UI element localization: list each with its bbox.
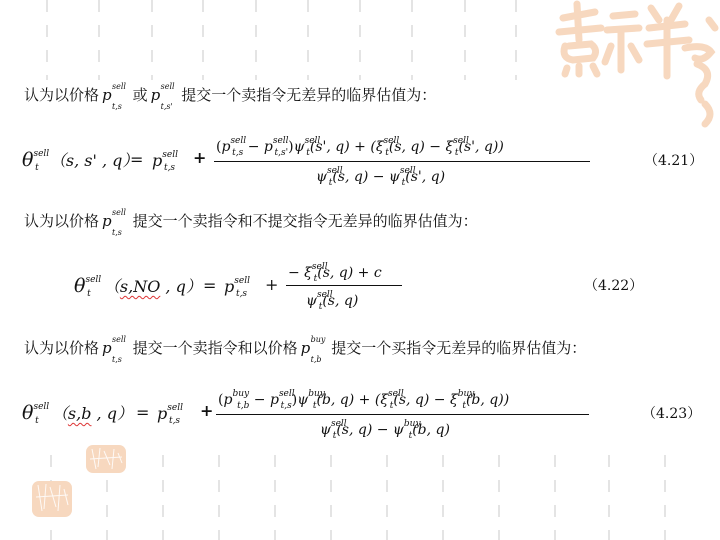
price-term: psellt,s bbox=[157, 403, 180, 426]
price-variable: psellt,s bbox=[102, 210, 130, 232]
description-line-2: 认为以价格psellt,s提交一个卖指令和不提交指令无差异的临界估值为： bbox=[24, 210, 478, 232]
var-sub: t,s bbox=[112, 222, 122, 244]
lhs-sub: t bbox=[35, 416, 39, 426]
var-sub: t,s' bbox=[161, 96, 173, 118]
equation-4-21: θsellt （s, s' , q） = psellt,s + (psellt,… bbox=[0, 128, 720, 198]
gridline bbox=[106, 480, 108, 540]
var-sup: sell bbox=[161, 76, 175, 98]
description-line-1: 认为以价格psellt,s或psellt,s'提交一个卖指令无差异的临界估值为： bbox=[24, 84, 436, 106]
p-sub: t,s bbox=[164, 163, 175, 173]
gridline bbox=[386, 455, 388, 540]
paren: , q） bbox=[160, 277, 202, 296]
gridline bbox=[608, 455, 610, 540]
price-term: psellt,s bbox=[152, 150, 175, 173]
seal-stamp bbox=[86, 445, 126, 473]
price-variable: psellt,s' bbox=[151, 84, 179, 106]
line-text: 认为以价格 bbox=[24, 86, 99, 104]
p-base: p bbox=[224, 277, 234, 296]
fraction-bar bbox=[216, 414, 589, 415]
equation-lhs: θsellt （s, s' , q） bbox=[22, 148, 138, 173]
line-text: 认为以价格 bbox=[24, 212, 99, 230]
gridline bbox=[464, 0, 466, 80]
line-text: 提交一个买指令无差异的临界估值为： bbox=[331, 339, 586, 357]
lhs-args: （s,b , q） bbox=[52, 404, 133, 423]
fraction-bar bbox=[286, 285, 402, 286]
seal-stamp bbox=[32, 481, 72, 517]
line-text: 提交一个卖指令和以价格 bbox=[133, 339, 298, 357]
p-sup: sell bbox=[234, 276, 250, 286]
plus-sign: + bbox=[193, 148, 206, 167]
p-base: p bbox=[157, 404, 167, 423]
equals-sign: = bbox=[130, 150, 143, 169]
equation-4-22: θsellt （s,NO , q） = psellt,s + − ξsellt(… bbox=[0, 258, 720, 318]
line-text: 或 bbox=[133, 86, 148, 104]
equals-sign: = bbox=[136, 403, 149, 422]
var-base: p bbox=[102, 212, 112, 230]
plus-sign: + bbox=[200, 401, 213, 420]
line-text: 提交一个卖指令和不提交指令无差异的临界估值为： bbox=[133, 212, 478, 230]
lhs-sup: sell bbox=[33, 402, 49, 412]
fraction-numerator: (psellt,s − psellt,s')ψsellt(s', q) + (ξ… bbox=[216, 136, 504, 158]
gridline bbox=[46, 0, 48, 80]
lhs-args: （s,NO , q） bbox=[104, 277, 202, 296]
p-sup: sell bbox=[162, 150, 178, 160]
var-base: p bbox=[301, 339, 311, 357]
gridline bbox=[162, 455, 164, 540]
var-sub: t,s bbox=[112, 349, 122, 371]
fraction-denominator: ψsellt(s, q) − ψbuyt(b, q) bbox=[320, 419, 450, 441]
lhs-args: （s, s' , q） bbox=[50, 151, 139, 170]
var-sub: t,s bbox=[112, 96, 122, 118]
equals-sign: = bbox=[203, 276, 216, 295]
line-text: 提交一个卖指令无差异的临界估值为： bbox=[181, 86, 436, 104]
gridline bbox=[359, 0, 361, 80]
gridline bbox=[515, 0, 517, 80]
gridline bbox=[498, 455, 500, 540]
fraction-numerator: − ξsellt(s, q) + c bbox=[288, 262, 382, 284]
equation-lhs: θsellt （s,b , q） bbox=[22, 401, 133, 426]
lhs-sub: t bbox=[87, 289, 91, 299]
var-base: p bbox=[151, 86, 161, 104]
fraction-denominator: ψsellt(s, q) bbox=[306, 290, 358, 312]
p-sub: t,s bbox=[236, 289, 247, 299]
gridline bbox=[255, 0, 257, 80]
spellcheck-marked-text: s,b bbox=[68, 404, 92, 423]
equation-number: （4.22） bbox=[584, 275, 643, 295]
fraction-denominator: ψsellt(s, q) − ψsellt(s', q) bbox=[316, 166, 445, 188]
gridline bbox=[664, 455, 666, 540]
lhs-sub: t bbox=[35, 163, 39, 173]
fraction-numerator: (pbuyt,b − psellt,s)ψbuyt(b, q) + (ξsell… bbox=[218, 389, 509, 411]
equation-lhs: θsellt （s,NO , q） bbox=[74, 274, 202, 299]
price-variable: pbuyt,b bbox=[301, 337, 329, 359]
var-base: p bbox=[102, 86, 112, 104]
fraction-bar bbox=[214, 161, 590, 162]
lhs-sup: sell bbox=[85, 275, 101, 285]
var-sup: sell bbox=[112, 202, 126, 224]
gridline bbox=[307, 0, 309, 80]
paren: , q） bbox=[91, 404, 133, 423]
var-sub: t,b bbox=[311, 349, 322, 371]
description-line-3: 认为以价格psellt,s提交一个卖指令和以价格pbuyt,b提交一个买指令无差… bbox=[24, 337, 586, 359]
paren: （ bbox=[52, 404, 68, 423]
theta-symbol: θ bbox=[22, 149, 33, 171]
price-variable: psellt,s bbox=[102, 337, 130, 359]
equation-4-23: θsellt （s,b , q） = psellt,s + (pbuyt,b −… bbox=[0, 383, 720, 448]
gridline bbox=[202, 0, 204, 80]
p-sub: t,s bbox=[169, 416, 180, 426]
gridline bbox=[274, 455, 276, 540]
seal-texture-icon bbox=[86, 445, 126, 473]
p-base: p bbox=[152, 151, 162, 170]
var-sup: sell bbox=[112, 76, 126, 98]
gridline bbox=[151, 0, 153, 80]
calligraphy-decoration bbox=[555, 0, 720, 135]
gridline bbox=[411, 0, 413, 80]
plus-sign: + bbox=[265, 275, 278, 294]
gridline bbox=[330, 455, 332, 540]
price-variable: psellt,s bbox=[102, 84, 130, 106]
var-sup: buy bbox=[311, 329, 326, 351]
p-sup: sell bbox=[167, 403, 183, 413]
theta-symbol: θ bbox=[74, 275, 85, 297]
auspicious-calligraphy-icon bbox=[555, 0, 720, 135]
gridline bbox=[554, 455, 556, 540]
paren: （ bbox=[104, 277, 120, 296]
gridline bbox=[218, 455, 220, 540]
equation-number: （4.23） bbox=[642, 403, 701, 423]
var-base: p bbox=[102, 339, 112, 357]
spellcheck-marked-text: s,NO bbox=[120, 277, 160, 296]
line-text: 认为以价格 bbox=[24, 339, 99, 357]
lhs-sup: sell bbox=[33, 149, 49, 159]
gridline bbox=[98, 0, 100, 80]
theta-symbol: θ bbox=[22, 402, 33, 424]
equation-number: （4.21） bbox=[644, 150, 703, 170]
var-sup: sell bbox=[112, 329, 126, 351]
price-term: psellt,s bbox=[224, 276, 247, 299]
seal-texture-icon bbox=[32, 481, 72, 517]
gridline bbox=[442, 455, 444, 540]
